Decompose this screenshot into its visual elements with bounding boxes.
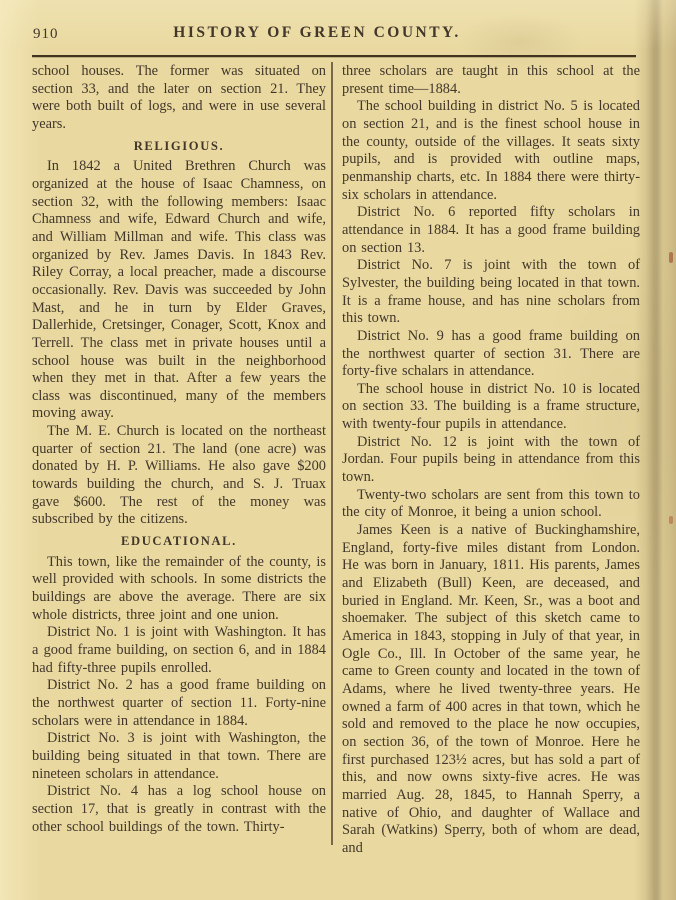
page-edge-mark (669, 516, 673, 524)
paragraph: In 1842 a United Brethren Church was org… (32, 158, 326, 423)
column-divider (331, 62, 333, 845)
paragraph: District No. 3 is joint with Washington,… (32, 730, 326, 783)
section-heading: EDUCATIONAL. (32, 533, 326, 551)
page-edge-mark (669, 252, 673, 263)
paragraph: District No. 6 reported fifty scholars i… (342, 204, 640, 257)
paragraph: The school house in district No. 10 is l… (342, 381, 640, 434)
right-text-column: three scholars are taught in this school… (342, 63, 640, 858)
paragraph: The school building in district No. 5 is… (342, 98, 640, 204)
header-title: HISTORY OF GREEN COUNTY. (32, 24, 602, 42)
paragraph: District No. 9 has a good frame building… (342, 328, 640, 381)
left-text-column: school houses. The former was situated o… (32, 63, 326, 836)
paragraph: James Keen is a native of Buckinghamshir… (342, 522, 640, 857)
paragraph: Twenty-two scholars are sent from this t… (342, 487, 640, 522)
paragraph: three scholars are taught in this school… (342, 63, 640, 98)
paragraph: District No. 12 is joint with the town o… (342, 434, 640, 487)
paragraph: District No. 2 has a good frame building… (32, 677, 326, 730)
running-header: 910 HISTORY OF GREEN COUNTY. (32, 24, 632, 46)
section-heading: RELIGIOUS. (32, 138, 326, 156)
paragraph: The M. E. Church is located on the north… (32, 423, 326, 529)
book-page-scan: 910 HISTORY OF GREEN COUNTY. school hous… (0, 0, 676, 900)
paragraph: school houses. The former was situated o… (32, 63, 326, 134)
paragraph: District No. 4 has a log school house on… (32, 783, 326, 836)
paragraph: This town, like the remainder of the cou… (32, 554, 326, 625)
paragraph: District No. 1 is joint with Washington.… (32, 624, 326, 677)
paragraph: District No. 7 is joint with the town of… (342, 257, 640, 328)
header-rule (32, 55, 636, 57)
